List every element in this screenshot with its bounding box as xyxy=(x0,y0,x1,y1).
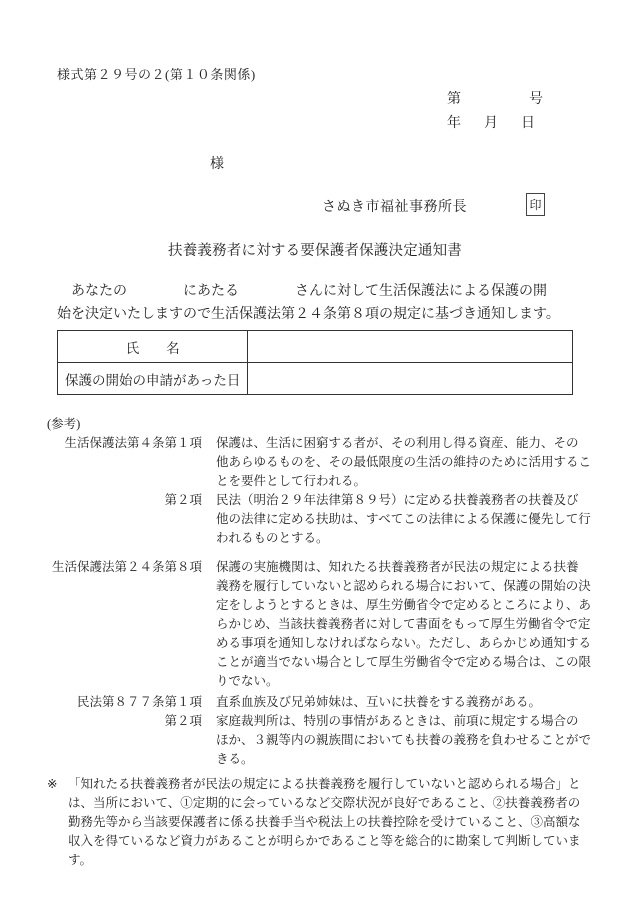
reference-item-civil877-2: 第２項 家庭裁判所は、特別の事情があるときは、前項に規定する場合の ほか、３親等… xyxy=(47,712,607,769)
name-row-value xyxy=(248,331,573,363)
reference-item-text: 直系血族及び兄弟姉妹は、互いに扶養をする義務がある。 xyxy=(202,693,597,712)
seal-label: 印 xyxy=(529,196,541,213)
form-number-line: 様式第２９号の２(第１０条関係) xyxy=(57,64,256,83)
table-row-application-date: 保護の開始の申請があった日 xyxy=(58,363,573,395)
body-paragraph: あなたの にあたる さんに対して生活保護法による保護の開 始を決定いたしますので… xyxy=(57,281,597,326)
reference-item-label: 民法第８７７条第１項 xyxy=(47,693,202,712)
reference-item-text: 民法（明治２９年法律第８９号）に定める扶養義務者の扶養及び 他の法律に定める扶助… xyxy=(202,491,597,548)
reference-item-text: 保護の実施機関は、知れたる扶養義務者が民法の規定による扶養 義務を履行していない… xyxy=(202,558,597,691)
number-suffix-label: 号 xyxy=(529,88,543,108)
name-row-label: 氏 名 xyxy=(58,331,248,363)
reference-item-label: 生活保護法第２４条第８項 xyxy=(47,558,202,577)
document-title: 扶養義務者に対する要保護者保護決定通知書 xyxy=(0,239,630,260)
reference-heading: (参考) xyxy=(47,415,607,434)
note-text: 「知れたる扶養義務者が民法の規定による扶養義務を履行していないと認められる場合」… xyxy=(68,775,590,870)
issuer-name: さぬき市福祉事務所長 xyxy=(322,196,467,216)
date-line: 年 月 日 xyxy=(447,112,535,132)
note-marker: ※ xyxy=(47,775,68,794)
table-row-name: 氏 名 xyxy=(58,331,573,363)
reference-item-label: 第２項 xyxy=(47,712,202,731)
reference-section: (参考) 生活保護法第４条第１項 保護は、生活に困窮する者が、その利用し得る資産… xyxy=(47,415,607,870)
year-label: 年 xyxy=(447,112,461,132)
number-prefix-label: 第 xyxy=(447,88,461,108)
note-section: ※ 「知れたる扶養義務者が民法の規定による扶養義務を履行していないと認められる場… xyxy=(47,775,607,870)
reference-item-text: 保護は、生活に困窮する者が、その利用し得る資産、能力、その 他あらゆるものを、そ… xyxy=(202,434,597,491)
reference-item-law4-1: 生活保護法第４条第１項 保護は、生活に困窮する者が、その利用し得る資産、能力、そ… xyxy=(47,434,607,491)
reference-item-civil877-1: 民法第８７７条第１項 直系血族及び兄弟姉妹は、互いに扶養をする義務がある。 xyxy=(47,693,607,712)
month-label: 月 xyxy=(484,112,498,132)
seal-stamp-box: 印 xyxy=(526,193,545,216)
application-date-row-label: 保護の開始の申請があった日 xyxy=(58,363,248,395)
reference-item-label: 第２項 xyxy=(47,491,202,510)
reference-item-label: 生活保護法第４条第１項 xyxy=(47,434,202,453)
addressee-honorific: 様 xyxy=(210,153,224,173)
reference-item-law24-8: 生活保護法第２４条第８項 保護の実施機関は、知れたる扶養義務者が民法の規定による… xyxy=(47,558,607,691)
day-label: 日 xyxy=(521,112,535,132)
application-date-row-value xyxy=(248,363,573,395)
info-table: 氏 名 保護の開始の申請があった日 xyxy=(57,330,573,395)
reference-item-text: 家庭裁判所は、特別の事情があるときは、前項に規定する場合の ほか、３親等内の親族… xyxy=(202,712,597,769)
reference-item-law4-2: 第２項 民法（明治２９年法律第８９号）に定める扶養義務者の扶養及び 他の法律に定… xyxy=(47,491,607,548)
document-page: 様式第２９号の２(第１０条関係) 第 号 年 月 日 様 さぬき市福祉事務所長 … xyxy=(0,0,630,915)
document-number-line: 第 号 xyxy=(447,88,543,108)
